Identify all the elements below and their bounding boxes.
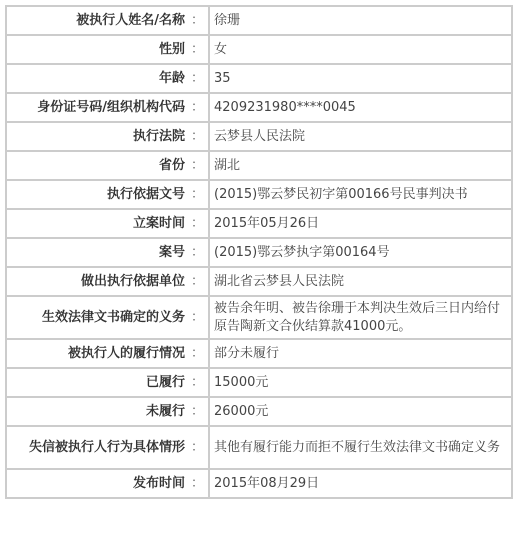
label-gender: 性别：: [6, 35, 209, 64]
colon: ：: [191, 476, 204, 491]
table-row-dishonest-behavior: 失信被执行人行为具体情形： 其他有履行能力而拒不履行生效法律文书确定义务: [6, 426, 512, 469]
value-name: 徐珊: [209, 6, 512, 35]
value-unperformed: 26000元: [209, 397, 512, 426]
label-text: 发布时间: [133, 476, 185, 491]
label-court: 执行法院：: [6, 122, 209, 151]
label-text: 性别: [159, 42, 185, 57]
label-text: 案号: [159, 245, 185, 260]
value-gender: 女: [209, 35, 512, 64]
value-id-number: 4209231980****0045: [209, 93, 512, 122]
label-obligation: 生效法律文书确定的义务：: [6, 296, 209, 339]
label-text: 已履行: [146, 375, 185, 390]
table-row-gender: 性别： 女: [6, 35, 512, 64]
table-row-issuing-unit: 做出执行依据单位： 湖北省云梦县人民法院: [6, 267, 512, 296]
value-performance-status: 部分未履行: [209, 339, 512, 368]
label-issuing-unit: 做出执行依据单位：: [6, 267, 209, 296]
colon: ：: [191, 310, 204, 325]
table-row-case-number: 案号： (2015)鄂云梦执字第00164号: [6, 238, 512, 267]
colon: ：: [191, 42, 204, 57]
label-text: 被执行人的履行情况: [68, 346, 185, 361]
value-obligation: 被告余年明、被告徐珊于本判决生效后三日内给付原告陶新文合伙结算款41000元。: [209, 296, 512, 339]
value-age: 35: [209, 64, 512, 93]
label-performance-status: 被执行人的履行情况：: [6, 339, 209, 368]
colon: ：: [191, 158, 204, 173]
label-name: 被执行人姓名/名称：: [6, 6, 209, 35]
label-text: 被执行人姓名/名称: [76, 13, 185, 28]
table-row-unperformed: 未履行： 26000元: [6, 397, 512, 426]
table-row-obligation: 生效法律文书确定的义务： 被告余年明、被告徐珊于本判决生效后三日内给付原告陶新文…: [6, 296, 512, 339]
table-row-name: 被执行人姓名/名称： 徐珊: [6, 6, 512, 35]
colon: ：: [191, 129, 204, 144]
label-text: 做出执行依据单位: [81, 274, 185, 289]
colon: ：: [191, 346, 204, 361]
table-row-court: 执行法院： 云梦县人民法院: [6, 122, 512, 151]
value-performed: 15000元: [209, 368, 512, 397]
table-row-filing-date: 立案时间： 2015年05月26日: [6, 209, 512, 238]
label-performed: 已履行：: [6, 368, 209, 397]
label-publish-date: 发布时间：: [6, 469, 209, 498]
table-row-age: 年龄： 35: [6, 64, 512, 93]
colon: ：: [191, 245, 204, 260]
label-text: 省份: [159, 158, 185, 173]
value-basis-doc-number: (2015)鄂云梦民初字第00166号民事判决书: [209, 180, 512, 209]
label-unperformed: 未履行：: [6, 397, 209, 426]
label-text: 生效法律文书确定的义务: [42, 310, 185, 325]
value-filing-date: 2015年05月26日: [209, 209, 512, 238]
table-row-performance-status: 被执行人的履行情况： 部分未履行: [6, 339, 512, 368]
colon: ：: [191, 404, 204, 419]
table-row-province: 省份： 湖北: [6, 151, 512, 180]
table-row-publish-date: 发布时间： 2015年08月29日: [6, 469, 512, 498]
value-case-number: (2015)鄂云梦执字第00164号: [209, 238, 512, 267]
dishonest-debtor-info-table: 被执行人姓名/名称： 徐珊 性别： 女 年龄： 35 身份证号码/组织机构代码：…: [5, 5, 513, 499]
colon: ：: [191, 375, 204, 390]
colon: ：: [191, 71, 204, 86]
label-basis-doc-number: 执行依据文号：: [6, 180, 209, 209]
colon: ：: [191, 100, 204, 115]
label-text: 未履行: [146, 404, 185, 419]
label-text: 执行依据文号: [107, 187, 185, 202]
value-court: 云梦县人民法院: [209, 122, 512, 151]
label-text: 身份证号码/组织机构代码: [37, 100, 185, 115]
value-publish-date: 2015年08月29日: [209, 469, 512, 498]
label-id-number: 身份证号码/组织机构代码：: [6, 93, 209, 122]
label-text: 失信被执行人行为具体情形: [29, 440, 185, 455]
label-case-number: 案号：: [6, 238, 209, 267]
colon: ：: [191, 274, 204, 289]
colon: ：: [191, 13, 204, 28]
label-text: 执行法院: [133, 129, 185, 144]
label-province: 省份：: [6, 151, 209, 180]
table-row-performed: 已履行： 15000元: [6, 368, 512, 397]
colon: ：: [191, 187, 204, 202]
label-dishonest-behavior: 失信被执行人行为具体情形：: [6, 426, 209, 469]
table-row-id-number: 身份证号码/组织机构代码： 4209231980****0045: [6, 93, 512, 122]
label-age: 年龄：: [6, 64, 209, 93]
value-province: 湖北: [209, 151, 512, 180]
value-issuing-unit: 湖北省云梦县人民法院: [209, 267, 512, 296]
colon: ：: [191, 440, 204, 455]
label-filing-date: 立案时间：: [6, 209, 209, 238]
table-row-basis-doc-number: 执行依据文号： (2015)鄂云梦民初字第00166号民事判决书: [6, 180, 512, 209]
colon: ：: [191, 216, 204, 231]
value-dishonest-behavior: 其他有履行能力而拒不履行生效法律文书确定义务: [209, 426, 512, 469]
label-text: 年龄: [159, 71, 185, 86]
label-text: 立案时间: [133, 216, 185, 231]
